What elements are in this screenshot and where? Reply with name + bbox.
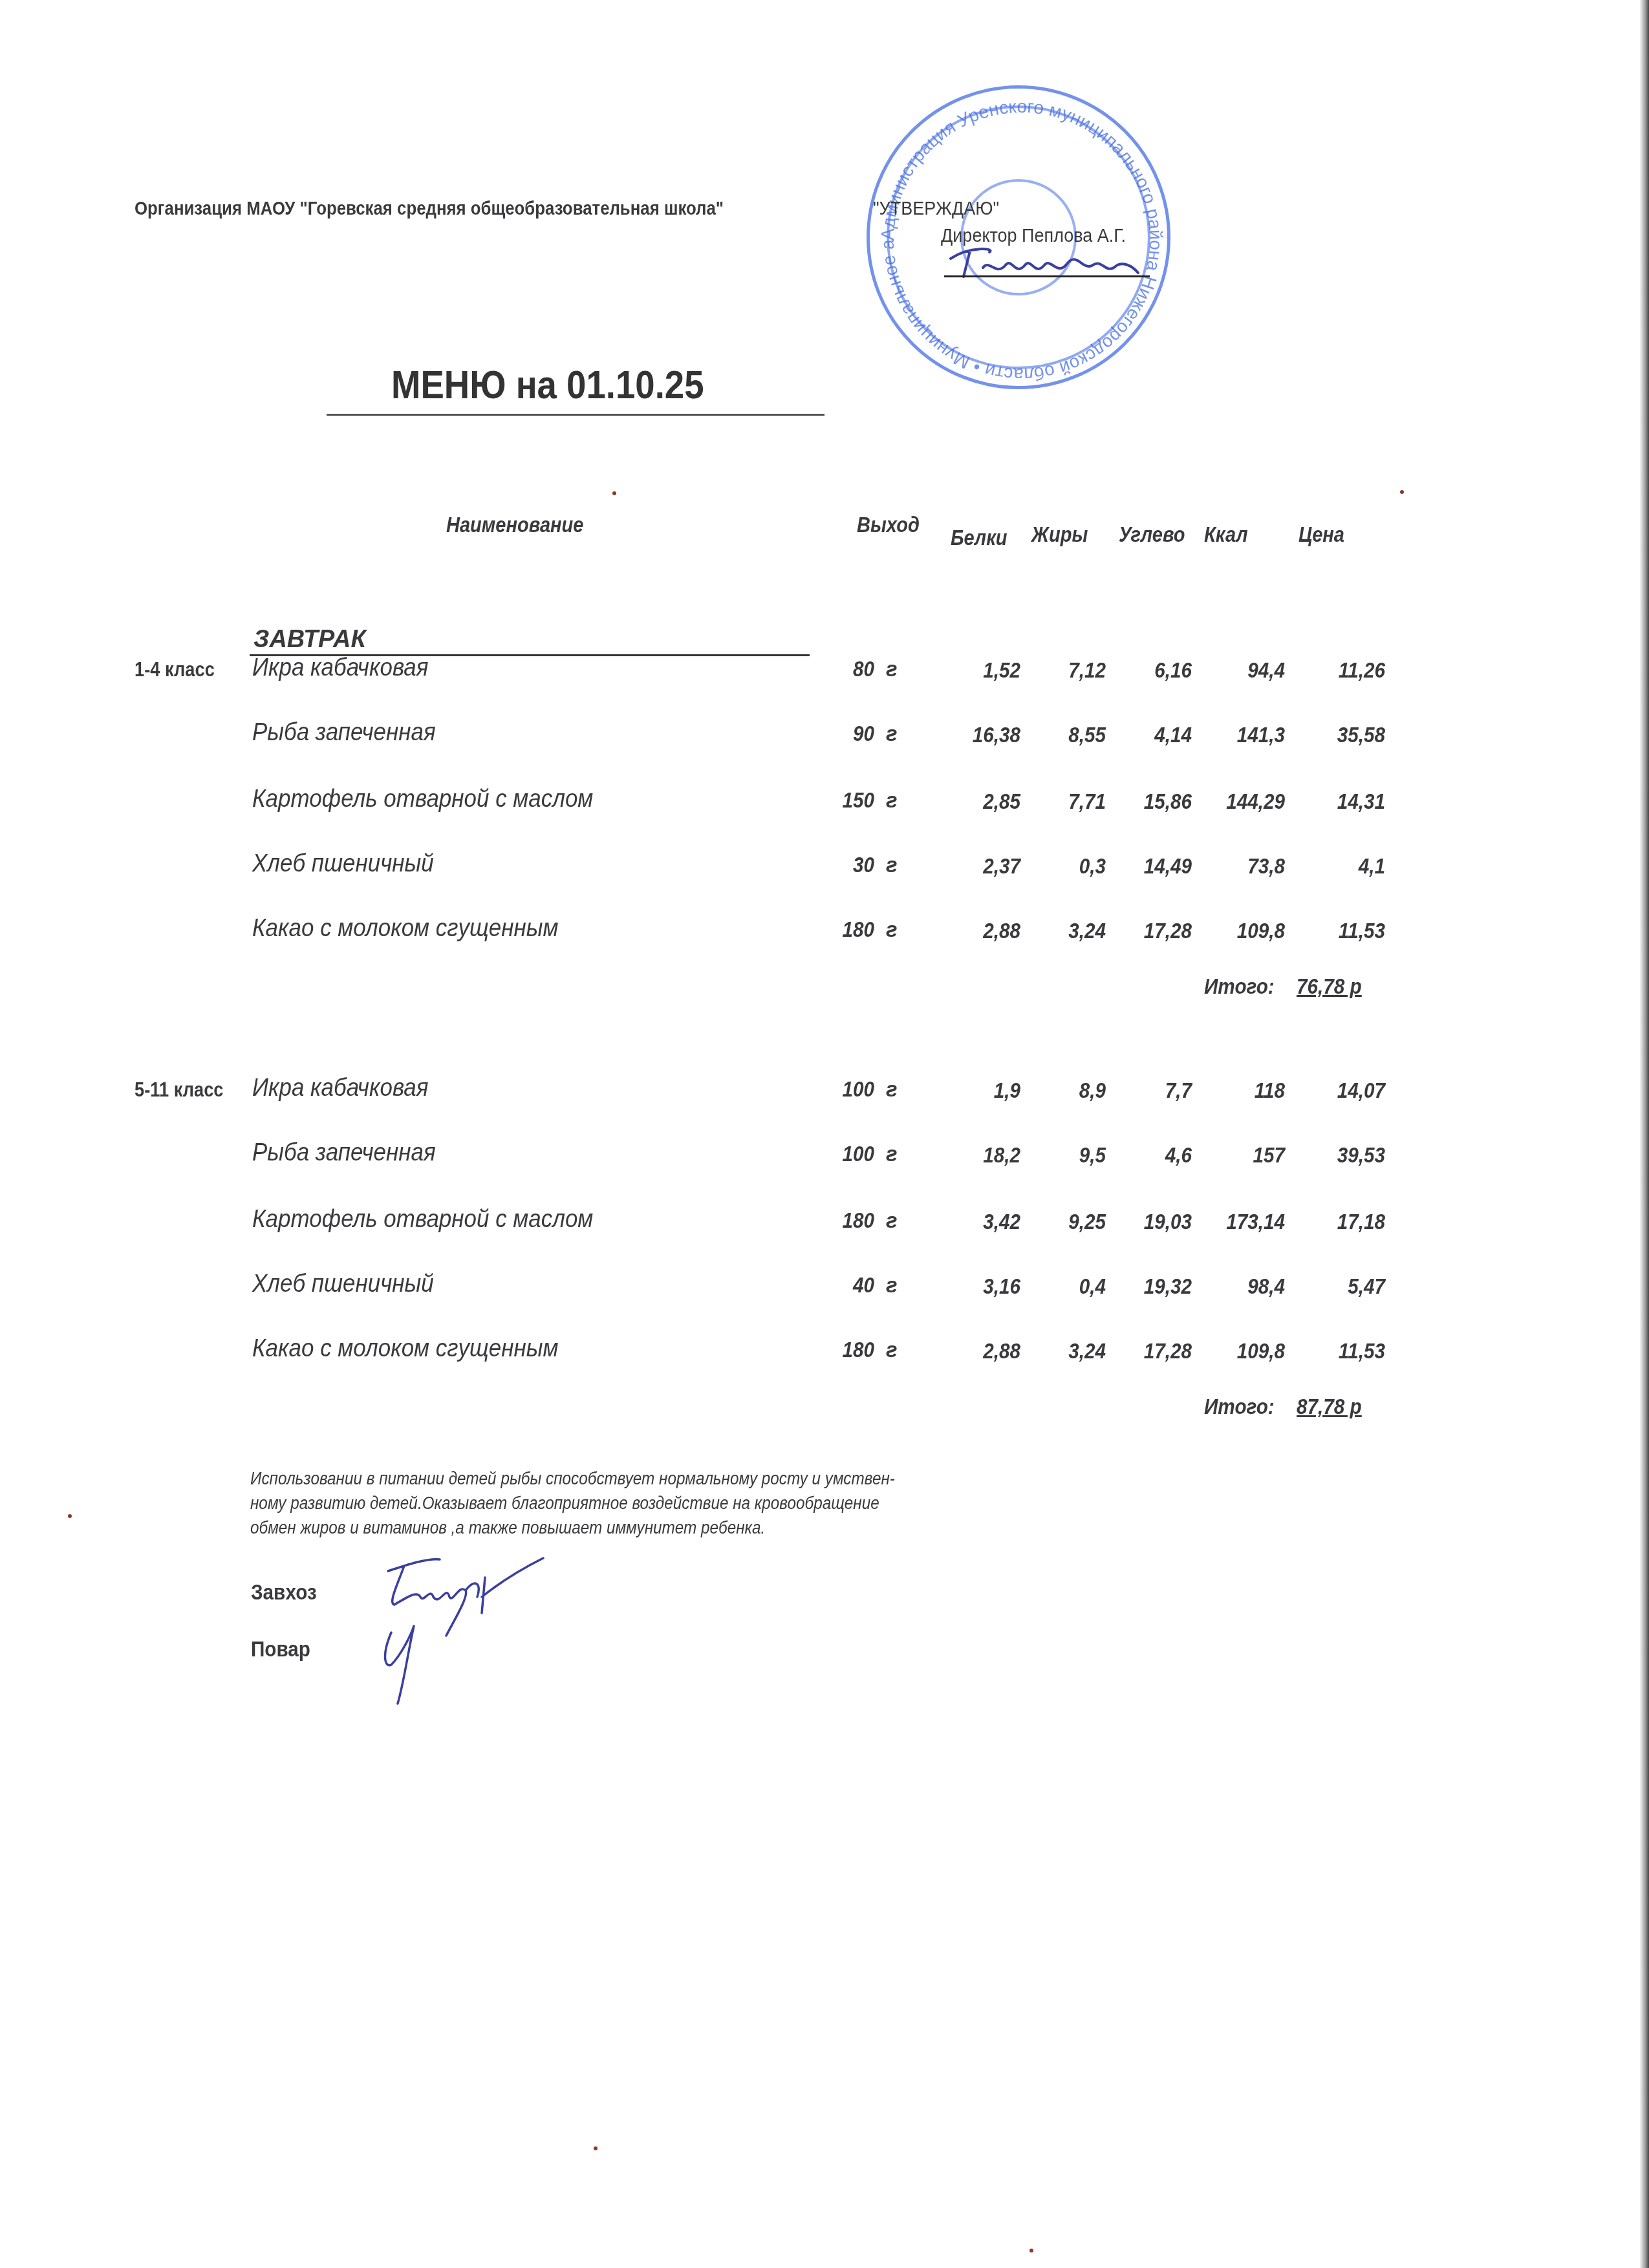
yield-value: 180 bbox=[786, 917, 874, 942]
yield-value: 100 bbox=[786, 1077, 874, 1102]
protein-value: 1,9 bbox=[927, 1078, 1020, 1103]
total-value: 76,78 р bbox=[1297, 974, 1362, 999]
class-group-label: 5-11 класс bbox=[135, 1078, 224, 1102]
carbs-value: 17,28 bbox=[1099, 919, 1192, 943]
carbs-value: 19,03 bbox=[1099, 1210, 1192, 1234]
dish-name: Картофель отварной с маслом bbox=[252, 786, 593, 813]
dish-name: Картофель отварной с маслом bbox=[252, 1206, 593, 1234]
dish-name: Хлеб пшеничный bbox=[252, 850, 434, 878]
protein-value: 3,42 bbox=[927, 1210, 1020, 1234]
yield-unit: г bbox=[886, 1077, 898, 1102]
col-header-carbs: Углево bbox=[1119, 522, 1185, 547]
yield-value: 180 bbox=[786, 1208, 874, 1233]
dish-name: Какао с молоком сгущенным bbox=[252, 915, 558, 943]
kcal-value: 98,4 bbox=[1192, 1274, 1285, 1299]
kcal-value: 173,14 bbox=[1192, 1210, 1285, 1234]
total-value: 87,78 р bbox=[1297, 1395, 1362, 1419]
price-value: 11,53 bbox=[1292, 1339, 1385, 1364]
carbs-value: 19,32 bbox=[1099, 1274, 1192, 1299]
protein-value: 2,88 bbox=[927, 1339, 1020, 1364]
dish-name: Какао с молоком сгущенным bbox=[252, 1335, 558, 1363]
price-value: 11,26 bbox=[1292, 658, 1385, 683]
protein-value: 16,38 bbox=[927, 723, 1020, 747]
protein-value: 2,88 bbox=[927, 919, 1020, 943]
kcal-value: 73,8 bbox=[1192, 854, 1285, 879]
cook-signature bbox=[375, 1616, 466, 1707]
scan-speck bbox=[594, 2146, 598, 2150]
price-value: 5,47 bbox=[1292, 1274, 1385, 1299]
fat-value: 3,24 bbox=[1013, 1339, 1106, 1364]
director-signature bbox=[944, 239, 1151, 284]
fat-value: 3,24 bbox=[1013, 919, 1106, 943]
yield-unit: г bbox=[886, 722, 898, 746]
price-value: 14,31 bbox=[1292, 789, 1385, 814]
protein-value: 2,37 bbox=[927, 854, 1020, 879]
carbs-value: 6,16 bbox=[1099, 658, 1192, 683]
yield-unit: г bbox=[886, 788, 898, 813]
yield-value: 150 bbox=[786, 788, 874, 813]
yield-value: 180 bbox=[786, 1338, 874, 1362]
yield-unit: г bbox=[886, 657, 898, 681]
supply-manager-label: Завхоз bbox=[251, 1580, 317, 1605]
price-value: 14,07 bbox=[1292, 1078, 1385, 1103]
carbs-value: 7,7 bbox=[1099, 1078, 1192, 1103]
kcal-value: 141,3 bbox=[1192, 723, 1285, 747]
dish-name: Рыба запеченная bbox=[252, 719, 436, 747]
fat-value: 7,12 bbox=[1013, 658, 1106, 683]
nutrition-note-line-1: Использовании в питании детей рыбы спосо… bbox=[250, 1469, 895, 1489]
price-value: 4,1 bbox=[1292, 854, 1385, 879]
yield-unit: г bbox=[886, 1142, 898, 1166]
page-title: МЕНЮ на 01.10.25 bbox=[391, 362, 704, 408]
total-label: Итого: bbox=[1204, 1395, 1275, 1419]
yield-unit: г bbox=[886, 1208, 898, 1233]
col-header-yield: Выход bbox=[857, 513, 920, 537]
meal-section-title: ЗАВТРАК bbox=[253, 626, 366, 654]
carbs-value: 4,6 bbox=[1099, 1143, 1192, 1168]
price-value: 11,53 bbox=[1292, 919, 1385, 943]
protein-value: 1,52 bbox=[927, 658, 1020, 683]
nutrition-note-line-2: ному развитию детей.Оказывает благоприят… bbox=[250, 1493, 879, 1514]
fat-value: 9,5 bbox=[1013, 1143, 1106, 1168]
yield-value: 30 bbox=[786, 853, 874, 877]
carbs-value: 17,28 bbox=[1099, 1339, 1192, 1364]
kcal-value: 157 bbox=[1192, 1143, 1285, 1168]
price-value: 17,18 bbox=[1292, 1210, 1385, 1234]
yield-value: 100 bbox=[786, 1142, 874, 1166]
yield-unit: г bbox=[886, 1338, 898, 1362]
organization-name: Организация МАОУ "Горевская средняя обще… bbox=[135, 198, 724, 220]
price-value: 39,53 bbox=[1292, 1143, 1385, 1168]
kcal-value: 109,8 bbox=[1192, 1339, 1285, 1364]
fat-value: 7,71 bbox=[1013, 789, 1106, 814]
cook-label: Повар bbox=[251, 1637, 310, 1662]
class-group-label: 1-4 класс bbox=[135, 658, 215, 681]
title-underline bbox=[327, 414, 824, 416]
yield-unit: г bbox=[886, 853, 898, 877]
col-header-fat: Жиры bbox=[1031, 522, 1088, 547]
dish-name: Хлеб пшеничный bbox=[252, 1270, 434, 1298]
kcal-value: 118 bbox=[1192, 1078, 1285, 1103]
carbs-value: 4,14 bbox=[1099, 723, 1192, 747]
kcal-value: 109,8 bbox=[1192, 919, 1285, 943]
kcal-value: 144,29 bbox=[1192, 789, 1285, 814]
protein-value: 2,85 bbox=[927, 789, 1020, 814]
scan-speck bbox=[1400, 490, 1404, 494]
fat-value: 0,3 bbox=[1013, 854, 1106, 879]
dish-name: Икра кабачковая bbox=[252, 1075, 428, 1102]
col-header-protein: Белки bbox=[951, 526, 1008, 550]
dish-name: Икра кабачковая bbox=[252, 654, 428, 682]
fat-value: 9,25 bbox=[1013, 1210, 1106, 1234]
col-header-price: Цена bbox=[1299, 522, 1344, 547]
yield-unit: г bbox=[886, 1273, 898, 1298]
protein-value: 3,16 bbox=[927, 1274, 1020, 1299]
director-signature-line bbox=[944, 275, 1150, 277]
fat-value: 8,9 bbox=[1013, 1078, 1106, 1103]
yield-unit: г bbox=[886, 917, 898, 942]
yield-value: 90 bbox=[786, 722, 874, 746]
approval-label: "УТВЕРЖДАЮ" bbox=[873, 198, 999, 220]
price-value: 35,58 bbox=[1292, 723, 1385, 747]
nutrition-note-line-3: обмен жиров и витаминов ,а также повышае… bbox=[250, 1518, 765, 1538]
protein-value: 18,2 bbox=[927, 1143, 1020, 1168]
dish-name: Рыба запеченная bbox=[252, 1139, 436, 1167]
yield-value: 40 bbox=[786, 1273, 874, 1298]
kcal-value: 94,4 bbox=[1192, 658, 1285, 683]
scan-speck bbox=[68, 1514, 72, 1518]
scan-speck bbox=[1029, 2249, 1033, 2252]
total-label: Итого: bbox=[1204, 974, 1275, 999]
yield-value: 80 bbox=[786, 657, 874, 681]
fat-value: 8,55 bbox=[1013, 723, 1106, 747]
carbs-value: 14,49 bbox=[1099, 854, 1192, 879]
scan-speck bbox=[612, 491, 616, 495]
col-header-kcal: Ккал bbox=[1204, 522, 1247, 547]
scan-edge bbox=[1640, 0, 1649, 2268]
col-header-name: Наименование bbox=[446, 513, 584, 537]
carbs-value: 15,86 bbox=[1099, 789, 1192, 814]
fat-value: 0,4 bbox=[1013, 1274, 1106, 1299]
